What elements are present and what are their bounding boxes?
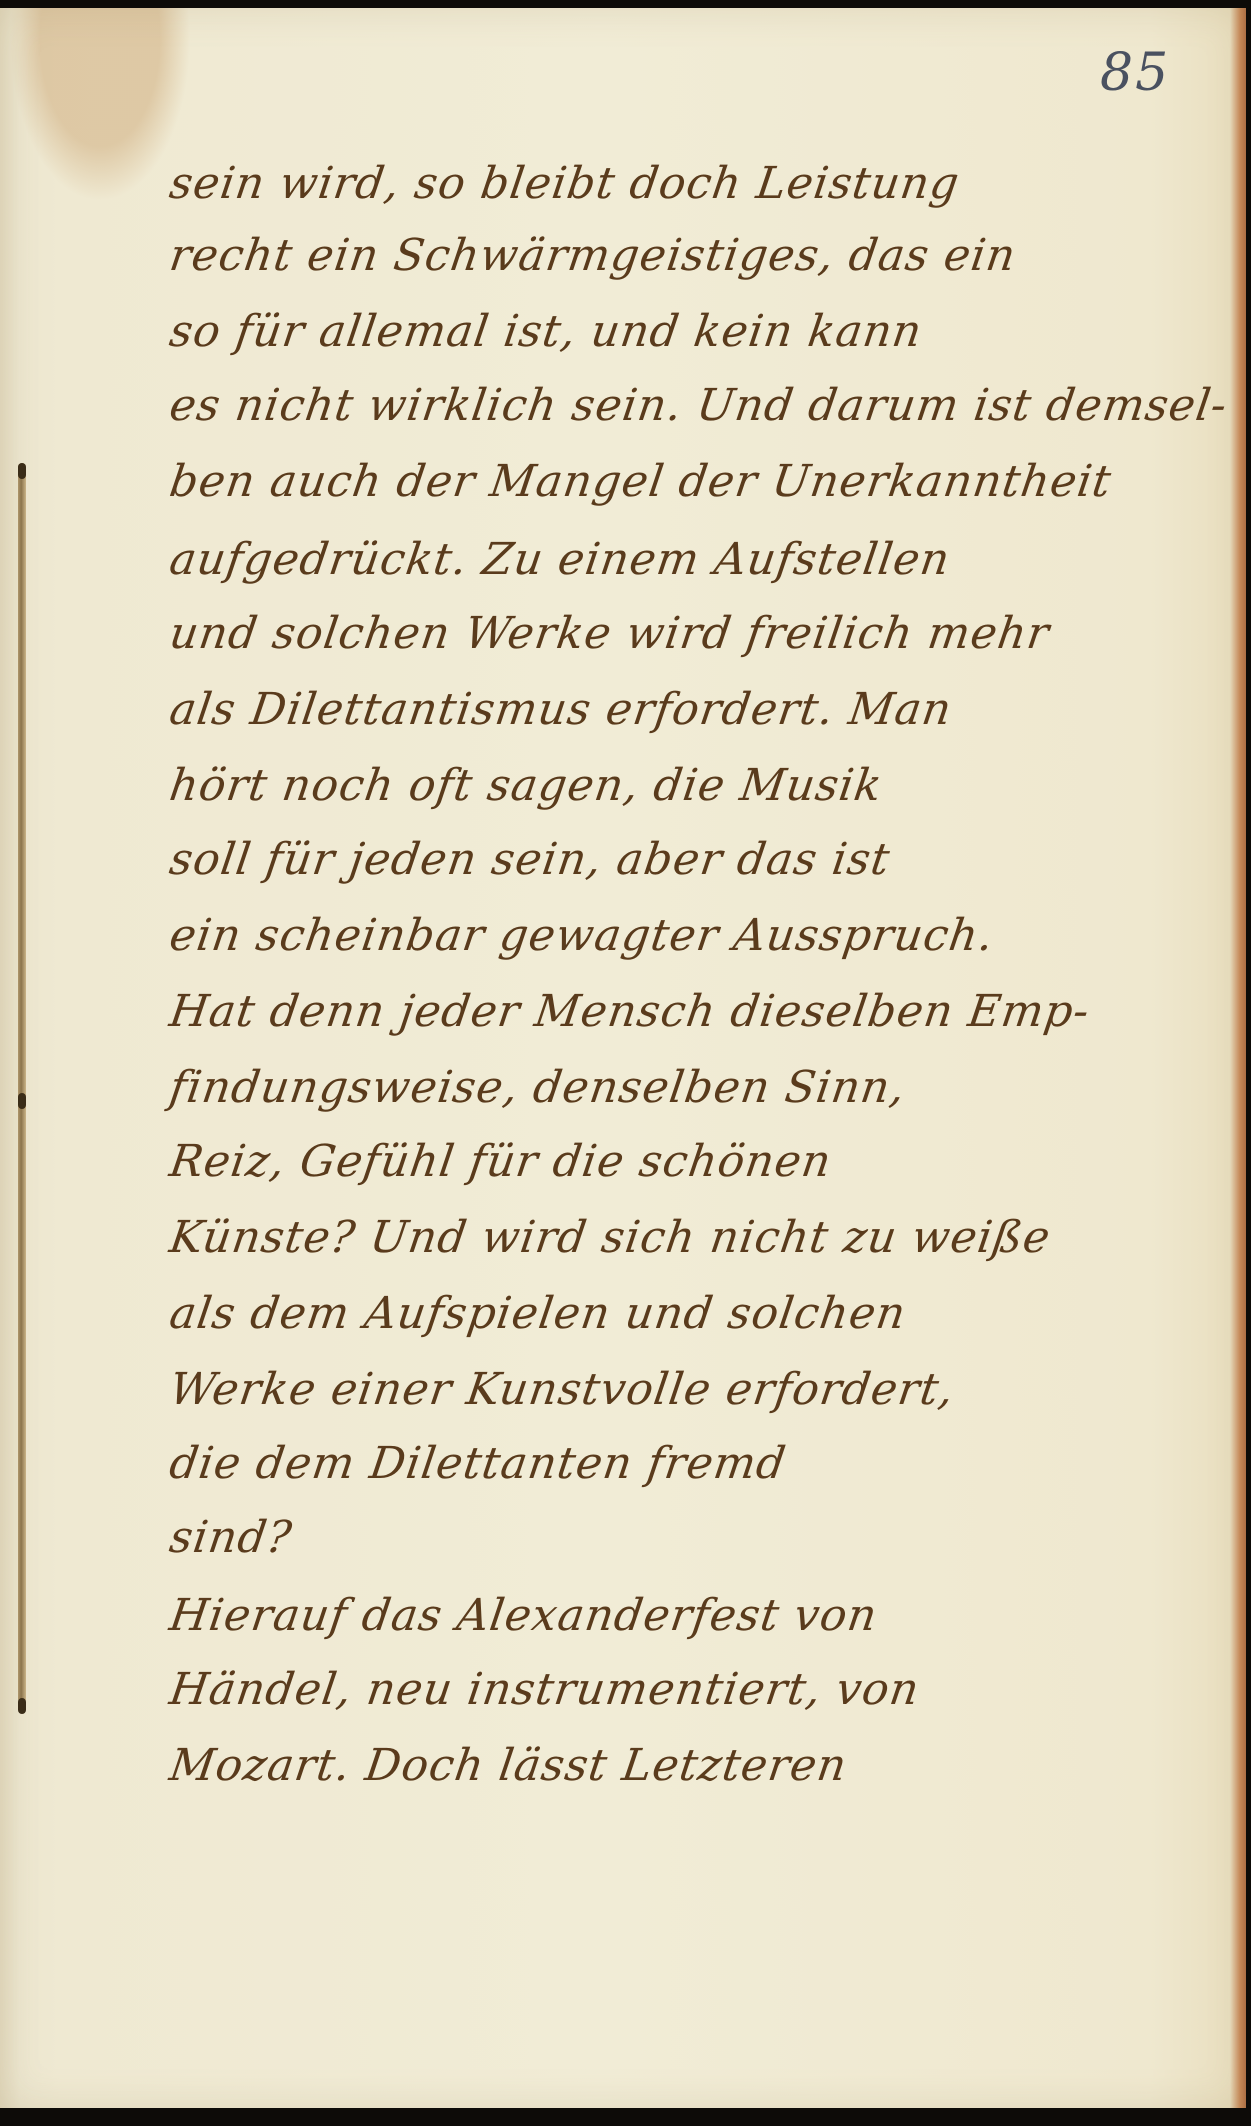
manuscript-line: hört noch oft sagen, die Musik bbox=[166, 760, 1173, 811]
manuscript-line: ben auch der Mangel der Unerkanntheit bbox=[166, 456, 1173, 507]
folio-number: 85 bbox=[1100, 43, 1170, 103]
binding-stitch bbox=[18, 1093, 26, 1109]
manuscript-line: es nicht wirklich sein. Und darum ist de… bbox=[166, 380, 1173, 431]
manuscript-line: Hierauf das Alexanderfest von bbox=[166, 1590, 1173, 1641]
manuscript-page: 85 sein wird, so bleibt doch Leistung re… bbox=[0, 8, 1246, 2108]
manuscript-line: sind? bbox=[166, 1512, 1173, 1563]
manuscript-line: und solchen Werke wird freilich mehr bbox=[166, 608, 1173, 659]
manuscript-line: als Dilettantismus erfordert. Man bbox=[166, 684, 1173, 735]
manuscript-line: ein scheinbar gewagter Ausspruch. bbox=[166, 910, 1173, 961]
manuscript-line: sein wird, so bleibt doch Leistung bbox=[166, 158, 1173, 209]
manuscript-line: die dem Dilettanten fremd bbox=[166, 1438, 1173, 1489]
manuscript-line: so für allemal ist, und kein kann bbox=[166, 306, 1173, 357]
binding-stitch bbox=[18, 463, 26, 479]
binding-stitch bbox=[18, 1698, 26, 1714]
manuscript-line: aufgedrückt. Zu einem Aufstellen bbox=[166, 534, 1173, 585]
manuscript-line: Künste? Und wird sich nicht zu weiße bbox=[166, 1212, 1173, 1263]
manuscript-line: Reiz, Gefühl für die schönen bbox=[166, 1136, 1173, 1187]
manuscript-line: Hat denn jeder Mensch dieselben Emp- bbox=[166, 986, 1173, 1037]
manuscript-line: soll für jeden sein, aber das ist bbox=[166, 834, 1173, 885]
manuscript-line: recht ein Schwärmgeistiges, das ein bbox=[166, 230, 1173, 281]
scan-bottom-border bbox=[0, 2108, 1251, 2126]
manuscript-line: Mozart. Doch lässt Letzteren bbox=[166, 1740, 1173, 1791]
binding-gutter bbox=[18, 463, 26, 1703]
manuscript-line: findungsweise, denselben Sinn, bbox=[166, 1062, 1173, 1113]
manuscript-line: Werke einer Kunstvolle erfordert, bbox=[166, 1364, 1173, 1415]
manuscript-line: Händel, neu instrumentiert, von bbox=[166, 1664, 1173, 1715]
scan-top-border bbox=[0, 0, 1251, 8]
manuscript-line: als dem Aufspielen und solchen bbox=[166, 1288, 1173, 1339]
